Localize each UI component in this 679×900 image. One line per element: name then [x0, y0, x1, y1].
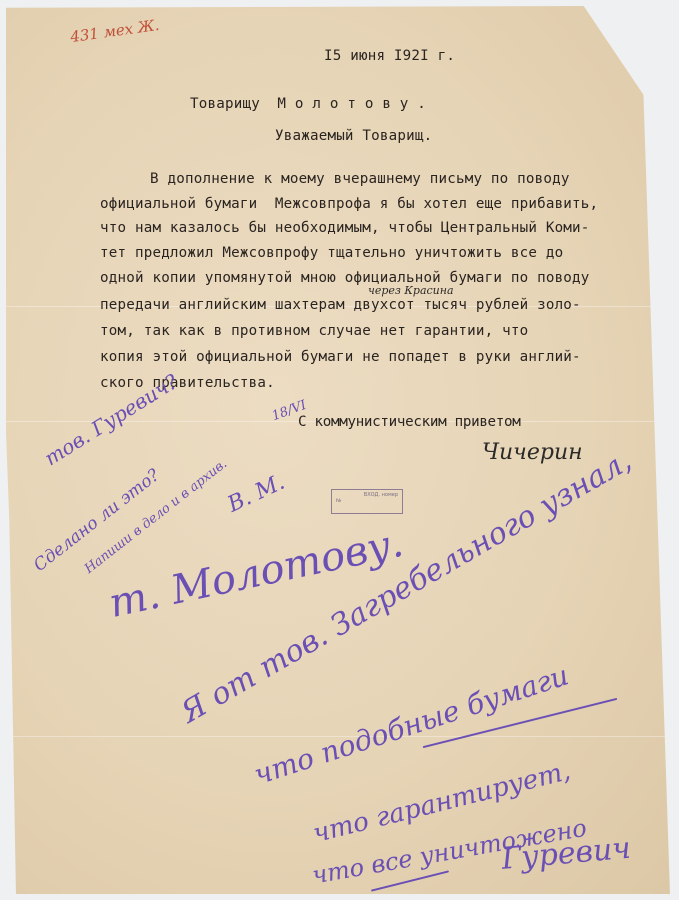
letter-closing: С коммунистическим приветом: [298, 414, 521, 430]
letter-date: I5 июня I92I г.: [324, 48, 455, 64]
insertion-note: через Красина: [368, 284, 454, 297]
signature: Чичерин: [482, 440, 583, 465]
registration-stamp: ВХОД. номер №: [331, 489, 403, 514]
stamp-line: №: [336, 498, 398, 504]
body-line: одной копии упомянутой мною официальной …: [100, 270, 590, 286]
body-line: ского правительства.: [100, 375, 275, 391]
body-line: тет предложил Межсовпрофу тщательно унич…: [100, 245, 563, 261]
body-line: что нам казалось бы необходимым, чтобы Ц…: [100, 220, 590, 236]
body-line: том, так как в противном случае нет гара…: [100, 323, 528, 339]
letter-addressee: Товарищу М о л о т о в у .: [190, 96, 426, 112]
body-line: передачи английским шахтерам двухсот тыс…: [100, 297, 581, 313]
body-line: официальной бумаги Межсовпрофа я бы хоте…: [100, 196, 598, 212]
letter-salutation: Уважаемый Товарищ.: [275, 128, 432, 144]
body-line: копия этой официальной бумаги не попадет…: [100, 349, 581, 365]
body-line: В дополнение к моему вчерашнему письму п…: [150, 171, 570, 187]
